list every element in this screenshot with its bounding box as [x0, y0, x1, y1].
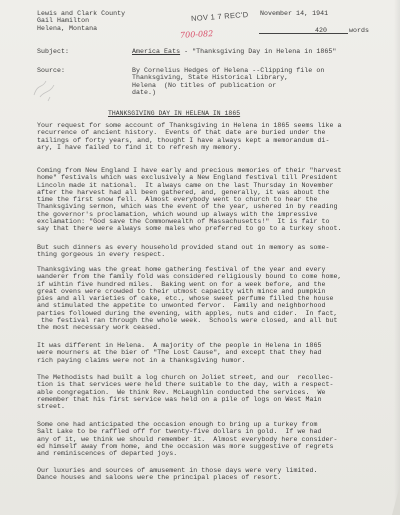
text-line: ary, I have failed to find it to refresh… — [37, 144, 241, 151]
source-line: Helena (No titles of publication or — [132, 82, 276, 89]
handwritten-file-number: 700-082 — [180, 29, 214, 40]
text-line: thing gorgeous in every respect. — [37, 251, 165, 258]
text-line: any of it, we think we should remember i… — [37, 436, 338, 443]
text-line: and stimulated the appetite to unwonted … — [37, 302, 326, 309]
paragraph-1: Your request for some account of Thanksg… — [37, 122, 397, 151]
county-line: Lewis and Clark County — [37, 10, 125, 17]
document-title: THANKSGIVING DAY IN HELENA IN 1865 — [108, 110, 240, 117]
text-line: Thanksgiving sermon, which was the event… — [37, 203, 338, 210]
paragraph-4: Thanksgiving was the great home gatherin… — [37, 266, 397, 332]
source-line: By Cornelius Hedges of Helena --Clipping… — [132, 67, 324, 74]
text-line: Lincoln made it national. It always came… — [37, 182, 334, 189]
text-line: able congregation. We think Rev. McLaugh… — [37, 389, 326, 396]
text-line: ed himself away from home, and the occas… — [37, 443, 334, 450]
subject-value: America Eats - "Thanksgiving Day in Hele… — [132, 48, 336, 55]
text-line: say that there were always some males wh… — [37, 225, 342, 232]
text-line: But such dinners as every household prov… — [37, 244, 330, 251]
text-line: parties followed during the evening, wit… — [37, 310, 338, 317]
text-line: the most necessary work ceased. — [37, 324, 161, 331]
text-line: great ovens were crowded to their utmost… — [37, 288, 326, 295]
text-line: exclamation: "God save the Commonwealth … — [37, 218, 330, 225]
text-line: wanderer from the family fold was consid… — [37, 273, 342, 280]
received-stamp: NOV 1 7 REC'D — [191, 10, 249, 23]
text-line: the festival ran through the whole week.… — [37, 317, 338, 324]
word-count-underline — [259, 26, 348, 34]
typewritten-page: Lewis and Clark County Gail Hamilton Hel… — [0, 0, 400, 515]
word-count-label: words — [349, 27, 369, 34]
city-line: Helena, Montana — [37, 25, 97, 32]
source-line: date.) — [132, 89, 156, 96]
source-line: Thanksgiving, State Historical Library, — [132, 74, 288, 81]
text-line: tailings of forty years, and, thought I … — [37, 137, 330, 144]
text-line: The Methodists had built a log church on… — [37, 374, 334, 381]
text-line: Salt Lake to be raffled off for twenty-f… — [37, 428, 322, 435]
source-value: By Cornelius Hedges of Helena --Clipping… — [132, 67, 324, 96]
subject-label: Subject: — [37, 48, 69, 55]
text-line: street. — [37, 403, 65, 410]
author-address-block: Lewis and Clark County Gail Hamilton Hel… — [37, 10, 125, 32]
text-line: rich paying claims were not in a thanksg… — [37, 357, 245, 364]
text-line: Your request for some account of Thanksg… — [37, 122, 342, 129]
text-line: recurrence of ancient history. Events of… — [37, 129, 326, 136]
text-line: the governor's proclamation, which wound… — [37, 211, 317, 218]
subject-series: America Eats — [132, 48, 180, 55]
author-name: Gail Hamilton — [37, 17, 89, 24]
text-line: pies and all varieties of cake, etc., wh… — [37, 295, 334, 302]
page-corner-fold — [392, 485, 400, 515]
paragraph-3: But such dinners as every household prov… — [37, 244, 397, 259]
text-line: Thanksgiving was the great home gatherin… — [37, 266, 326, 273]
paragraph-8: Our luxuries and sources of amusement in… — [37, 467, 397, 482]
text-line: if wihtin five hundred miles. Baking wen… — [37, 281, 326, 288]
text-line: home" festivals which was exclusively a … — [37, 174, 338, 181]
text-line: Our luxuries and sources of amusement in… — [37, 467, 317, 474]
text-line: after the harvest had all been gathered,… — [37, 189, 330, 196]
paragraph-6: The Methodists had built a log church on… — [37, 374, 397, 410]
text-line: Coming from New England I have early and… — [37, 167, 342, 174]
source-label: Source: — [37, 67, 65, 74]
paragraph-7: Some one had anticipated the occasion en… — [37, 421, 397, 457]
text-line: time the first snow fell. Almost everybo… — [37, 196, 317, 203]
paragraph-5: It was different in Helena. A majority o… — [37, 342, 397, 364]
paragraph-2: Coming from New England I have early and… — [37, 167, 397, 233]
text-line: tion is that services were held there su… — [37, 381, 334, 388]
pencil-scribble-mark — [30, 75, 70, 105]
text-line: Dance houses and saloons were the princi… — [37, 474, 281, 481]
text-line: remember that his first service was held… — [37, 396, 322, 403]
text-line: were mourners at the bier of "The Lost C… — [37, 349, 322, 356]
subject-title: - "Thanksgiving Day in Helena in 1865" — [180, 48, 336, 55]
document-date: November 14, 1941 — [260, 10, 328, 17]
text-line: It was different in Helena. A majority o… — [37, 342, 322, 349]
text-line: Some one had anticipated the occasion en… — [37, 421, 317, 428]
text-line: and reminiscences of departed joys. — [37, 450, 177, 457]
word-count: 420 — [315, 27, 327, 34]
